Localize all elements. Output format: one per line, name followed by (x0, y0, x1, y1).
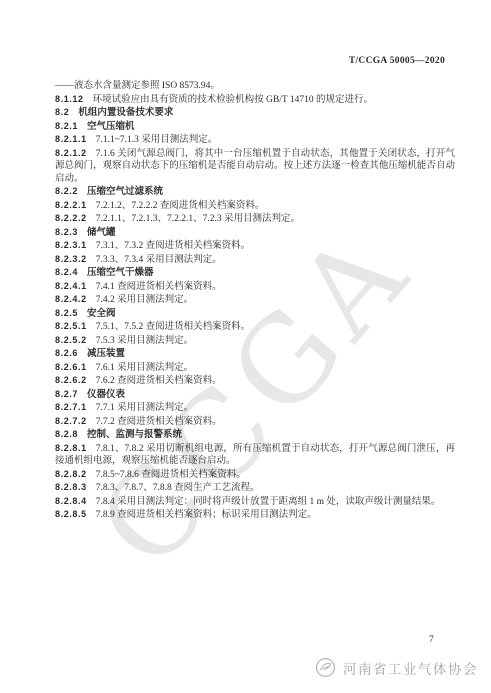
clause-paragraph: 8.2.4.17.4.1 查阅进货相关档案资料。 (55, 280, 455, 294)
section-heading: 8.2.2压缩空气过滤系统 (55, 185, 455, 199)
clause-number: 8.2 (55, 107, 69, 117)
section-heading: 8.2机组内置设备技术要求 (55, 106, 455, 120)
clause-text: ——液态水含量测定参照 ISO 8573.94。 (55, 81, 220, 91)
clause-paragraph: 8.2.1.27.1.6 关闭气源总阀门，将其中一台压缩机置于自动状态，其他置于… (55, 147, 455, 186)
clause-number: 8.1.12 (55, 94, 84, 104)
page-footer: 河南省工业气体协会 (315, 657, 478, 678)
clause-text: 7.8.9 查阅进货相关档案资料；标识采用目测法判定。 (96, 510, 317, 520)
clause-number: 8.2.4.2 (55, 294, 87, 304)
clause-paragraph: 8.2.2.27.2.1.1、7.2.1.3、7.2.2.1、7.2.3 采用目… (55, 212, 455, 226)
clause-number: 8.2.8 (55, 429, 78, 439)
clause-number: 8.2.8.1 (55, 443, 87, 453)
clause-number: 8.2.5.1 (55, 321, 87, 331)
page-number: 7 (429, 635, 434, 645)
clause-paragraph: 8.2.1.17.1.1~7.1.3 采用目测法判定。 (55, 133, 455, 147)
clause-number: 8.2.5.2 (55, 335, 87, 345)
clause-paragraph: 8.2.6.17.6.1 采用目测法判定。 (55, 361, 455, 375)
clause-number: 8.2.7.1 (55, 402, 87, 412)
clause-number: 8.2.8.2 (55, 469, 87, 479)
clause-number: 8.2.4 (55, 267, 78, 277)
heading-text: 压缩空气过滤系统 (87, 186, 163, 197)
clause-number: 8.2.6 (55, 348, 78, 358)
clause-paragraph: 8.2.8.47.8.4 采用目测法判定：同时将声级计放置于距离组 1 m 处，… (55, 495, 455, 509)
clause-text: 7.1.1~7.1.3 采用目测法判定。 (96, 135, 218, 145)
clause-text: 7.8.3、7.8.7、7.8.8 查阅生产工艺流程。 (96, 483, 260, 493)
clause-text: 7.7.2 查阅进货相关档案资料。 (96, 417, 222, 427)
clause-paragraph: 8.2.4.27.4.2 采用目测法判定。 (55, 293, 455, 307)
clause-number: 8.2.7 (55, 389, 78, 399)
clause-text: 环境试验应由具有资质的技术检验机构按 GB/T 14710 的规定进行。 (93, 95, 373, 105)
section-heading: 8.2.3储气罐 (55, 226, 455, 240)
clause-paragraph: 8.2.5.17.5.1、7.5.2 查阅进货相关档案资料。 (55, 320, 455, 334)
heading-text: 空气压缩机 (87, 121, 135, 132)
clause-text: 7.6.1 采用目测法判定。 (96, 363, 193, 373)
clause-paragraph: 8.2.8.37.8.3、7.8.7、7.8.8 查阅生产工艺流程。 (55, 481, 455, 495)
clause-paragraph: 8.2.3.17.3.1、7.3.2 查阅进货相关档案资料。 (55, 239, 455, 253)
clause-number: 8.2.1 (55, 121, 78, 131)
clause-number: 8.2.3.2 (55, 254, 87, 264)
clause-paragraph: 8.2.2.17.2.1.2、7.2.2.2 查阅进货相关档案资料。 (55, 199, 455, 213)
clause-number: 8.2.2 (55, 186, 78, 196)
clause-number: 8.2.3 (55, 227, 78, 237)
clause-text: 7.2.1.2、7.2.2.2 查阅进货相关档案资料。 (96, 201, 265, 211)
clause-text: 7.5.1、7.5.2 查阅进货相关档案资料。 (96, 322, 250, 332)
association-logo-icon (315, 657, 336, 678)
heading-text: 机组内置设备技术要求 (78, 107, 173, 118)
clause-paragraph: 8.2.6.27.6.2 查阅进货相关档案资料。 (55, 374, 455, 388)
clause-text: 7.8.5~7.8.6 查阅进货相关档案资料。 (96, 470, 246, 480)
document-page: CCGA T/CCGA 50005—2020 ——液态水含量测定参照 ISO 8… (0, 0, 491, 693)
clause-number: 8.2.8.5 (55, 509, 87, 519)
dash-list-item: ——液态水含量测定参照 ISO 8573.94。 (55, 80, 455, 93)
document-body: ——液态水含量测定参照 ISO 8573.94。8.1.12环境试验应由具有资质… (55, 80, 455, 522)
clause-number: 8.2.8.4 (55, 496, 87, 506)
clause-number: 8.2.6.1 (55, 362, 87, 372)
heading-text: 储气罐 (87, 227, 116, 238)
clause-text: 7.1.6 关闭气源总阀门，将其中一台压缩机置于自动状态，其他置于关闭状态，打开… (55, 149, 455, 184)
clause-number: 8.2.1.2 (55, 148, 87, 158)
clause-paragraph: 8.2.7.17.7.1 采用目测法判定。 (55, 401, 455, 415)
clause-paragraph: 8.1.12环境试验应由具有资质的技术检验机构按 GB/T 14710 的规定进… (55, 93, 455, 107)
clause-number: 8.2.3.1 (55, 240, 87, 250)
heading-text: 减压装置 (87, 348, 125, 359)
heading-text: 仪器仪表 (87, 389, 125, 400)
standard-number: T/CCGA 50005—2020 (349, 56, 445, 66)
clause-paragraph: 8.2.8.17.8.1、7.8.2 采用切断机组电源，所有压缩机置于自动状态，… (55, 442, 455, 468)
clause-number: 8.2.6.2 (55, 375, 87, 385)
clause-text: 7.8.4 采用目测法判定：同时将声级计放置于距离组 1 m 处，读取声级计测量… (96, 497, 441, 507)
clause-number: 8.2.1.1 (55, 134, 87, 144)
clause-number: 8.2.8.3 (55, 482, 87, 492)
section-heading: 8.2.6减压装置 (55, 347, 455, 361)
clause-paragraph: 8.2.7.27.7.2 查阅进货相关档案资料。 (55, 415, 455, 429)
clause-text: 7.6.2 查阅进货相关档案资料。 (96, 376, 222, 386)
clause-paragraph: 8.2.8.27.8.5~7.8.6 查阅进货相关档案资料。 (55, 468, 455, 482)
heading-text: 压缩空气干燥器 (87, 267, 154, 278)
section-heading: 8.2.1空气压缩机 (55, 120, 455, 134)
page-header: T/CCGA 50005—2020 (0, 56, 445, 66)
section-heading: 8.2.8控制、监测与报警系统 (55, 428, 455, 442)
clause-text: 7.3.3、7.3.4 采用目测法判定。 (96, 255, 222, 265)
clause-text: 7.7.1 采用目测法判定。 (96, 403, 193, 413)
clause-number: 8.2.2.2 (55, 213, 87, 223)
heading-text: 控制、监测与报警系统 (87, 429, 182, 440)
clause-number: 8.2.4.1 (55, 281, 87, 291)
clause-text: 7.3.1、7.3.2 查阅进货相关档案资料。 (96, 241, 250, 251)
clause-text: 7.2.1.1、7.2.1.3、7.2.2.1、7.2.3 采用目测法判定。 (96, 214, 300, 224)
clause-number: 8.2.5 (55, 308, 78, 318)
clause-number: 8.2.7.2 (55, 416, 87, 426)
clause-number: 8.2.2.1 (55, 200, 87, 210)
clause-paragraph: 8.2.3.27.3.3、7.3.4 采用目测法判定。 (55, 253, 455, 267)
section-heading: 8.2.5安全阀 (55, 307, 455, 321)
clause-paragraph: 8.2.5.27.5.3 采用目测法判定。 (55, 334, 455, 348)
clause-text: 7.4.1 查阅进货相关档案资料。 (96, 282, 222, 292)
clause-text: 7.8.1、7.8.2 采用切断机组电源，所有压缩机置于自动状态，打开气源总阀门… (55, 444, 455, 467)
clause-paragraph: 8.2.8.57.8.9 查阅进货相关档案资料；标识采用目测法判定。 (55, 508, 455, 522)
clause-text: 7.4.2 采用目测法判定。 (96, 295, 193, 305)
clause-text: 7.5.3 采用目测法判定。 (96, 336, 193, 346)
association-name: 河南省工业气体协会 (343, 658, 478, 678)
section-heading: 8.2.4压缩空气干燥器 (55, 266, 455, 280)
heading-text: 安全阀 (87, 308, 116, 319)
section-heading: 8.2.7仪器仪表 (55, 388, 455, 402)
